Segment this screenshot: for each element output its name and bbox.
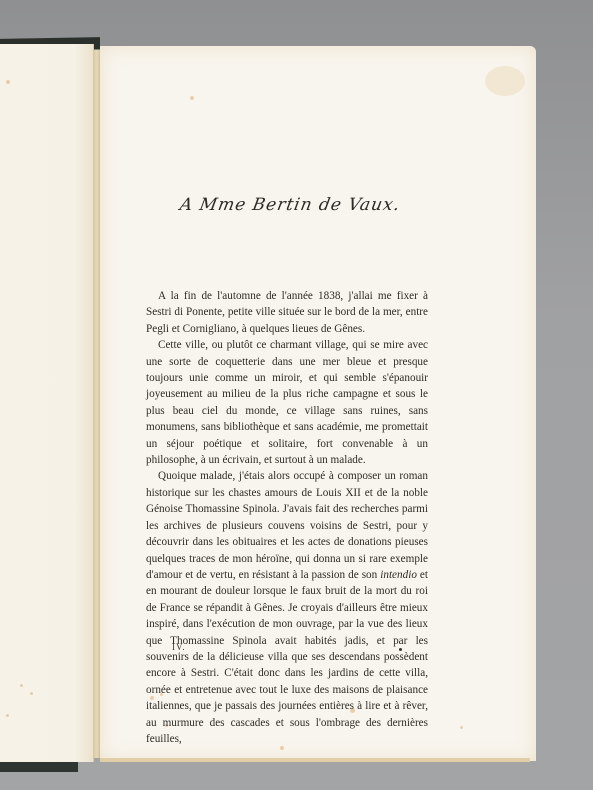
paragraph-text: Quoique malade, j'étais alors occupé à c… xyxy=(146,470,428,580)
italic-word: intendio xyxy=(380,569,417,581)
signature-mark: IV. xyxy=(172,642,186,652)
dedication-heading: A Mme Bertin de Vaux. xyxy=(178,195,422,215)
foxing-spot xyxy=(6,714,9,717)
foxing-spot xyxy=(30,692,33,695)
foxing-spot xyxy=(460,726,463,729)
paragraph: A la fin de l'automne de l'année 1838, j… xyxy=(146,288,428,337)
body-text: A la fin de l'automne de l'année 1838, j… xyxy=(146,288,428,747)
left-page xyxy=(0,44,94,762)
foxing-stain xyxy=(485,66,525,96)
foxing-spot xyxy=(6,80,10,84)
foxing-spot xyxy=(190,96,194,100)
paragraph-text: et en mourant de douleur lorsque le faux… xyxy=(146,569,428,745)
printer-mark-dot xyxy=(399,648,402,651)
paragraph: Cette ville, ou plutôt ce charmant villa… xyxy=(146,337,428,468)
paragraph: Quoique malade, j'étais alors occupé à c… xyxy=(146,468,428,747)
page-edge xyxy=(100,758,530,762)
foxing-spot xyxy=(20,684,23,687)
